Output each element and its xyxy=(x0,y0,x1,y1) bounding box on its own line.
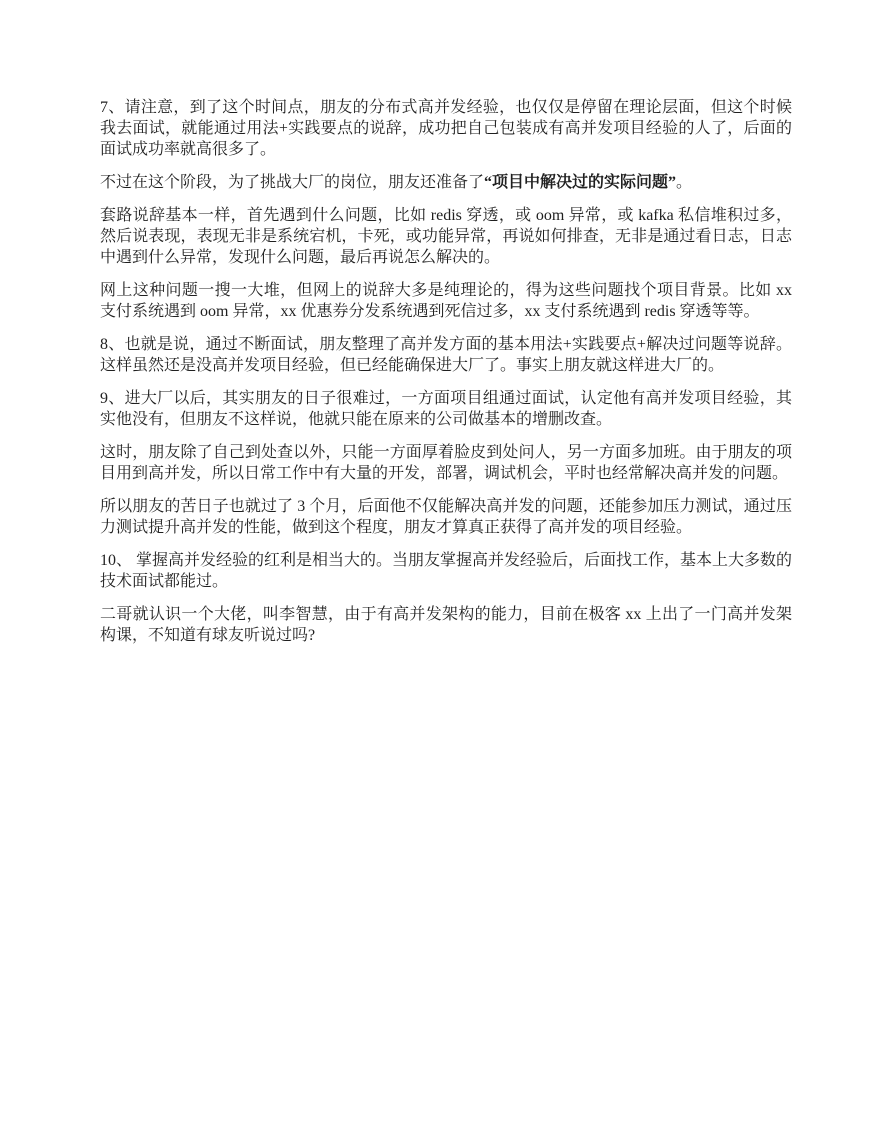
paragraph: 所以朋友的苦日子也就过了 3 个月，后面他不仅能解决高并发的问题，还能参加压力测… xyxy=(100,496,792,538)
text-run: 网上这种问题一搜一大堆，但网上的说辞大多是纯理论的，得为这些问题找个项目背景。比… xyxy=(100,282,792,320)
text-run: 8、也就是说，通过不断面试，朋友整理了高并发方面的基本用法+实践要点+解决过问题… xyxy=(100,336,792,374)
text-run: 9、进大厂以后，其实朋友的日子很难过，一方面项目组通过面试，认定他有高并发项目经… xyxy=(100,390,792,428)
text-run: 二哥就认识一个大佬，叫李智慧，由于有高并发架构的能力，目前在极客 xx 上出了一… xyxy=(100,606,792,644)
text-run: 所以朋友的苦日子也就过了 3 个月，后面他不仅能解决高并发的问题，还能参加压力测… xyxy=(100,498,792,536)
paragraph: 8、也就是说，通过不断面试，朋友整理了高并发方面的基本用法+实践要点+解决过问题… xyxy=(100,334,792,376)
paragraph: 7、请注意，到了这个时间点，朋友的分布式高并发经验，也仅仅是停留在理论层面，但这… xyxy=(100,97,792,160)
paragraph: 10、 掌握高并发经验的红利是相当大的。当朋友掌握高并发经验后，后面找工作，基本… xyxy=(100,550,792,592)
paragraph: 网上这种问题一搜一大堆，但网上的说辞大多是纯理论的，得为这些问题找个项目背景。比… xyxy=(100,280,792,322)
bold-text-run: “项目中解决过的实际问题” xyxy=(484,174,676,191)
paragraph: 这时，朋友除了自己到处查以外，只能一方面厚着脸皮到处问人，另一方面多加班。由于朋… xyxy=(100,442,792,484)
document-page: 7、请注意，到了这个时间点，朋友的分布式高并发经验，也仅仅是停留在理论层面，但这… xyxy=(0,0,884,1144)
text-run: 不过在这个阶段，为了挑战大厂的岗位，朋友还准备了 xyxy=(100,174,484,191)
text-run: 套路说辞基本一样，首先遇到什么问题，比如 redis 穿透，或 oom 异常，或… xyxy=(100,207,792,266)
text-run: 7、请注意，到了这个时间点，朋友的分布式高并发经验，也仅仅是停留在理论层面，但这… xyxy=(100,99,792,158)
text-run: 这时，朋友除了自己到处查以外，只能一方面厚着脸皮到处问人，另一方面多加班。由于朋… xyxy=(100,444,792,482)
text-run: 。 xyxy=(676,174,692,191)
text-run: 10、 掌握高并发经验的红利是相当大的。当朋友掌握高并发经验后，后面找工作，基本… xyxy=(100,552,792,590)
paragraph: 套路说辞基本一样，首先遇到什么问题，比如 redis 穿透，或 oom 异常，或… xyxy=(100,205,792,268)
paragraph: 二哥就认识一个大佬，叫李智慧，由于有高并发架构的能力，目前在极客 xx 上出了一… xyxy=(100,604,792,646)
paragraph: 不过在这个阶段，为了挑战大厂的岗位，朋友还准备了“项目中解决过的实际问题”。 xyxy=(100,172,792,193)
paragraph: 9、进大厂以后，其实朋友的日子很难过，一方面项目组通过面试，认定他有高并发项目经… xyxy=(100,388,792,430)
document-body: 7、请注意，到了这个时间点，朋友的分布式高并发经验，也仅仅是停留在理论层面，但这… xyxy=(100,97,792,646)
